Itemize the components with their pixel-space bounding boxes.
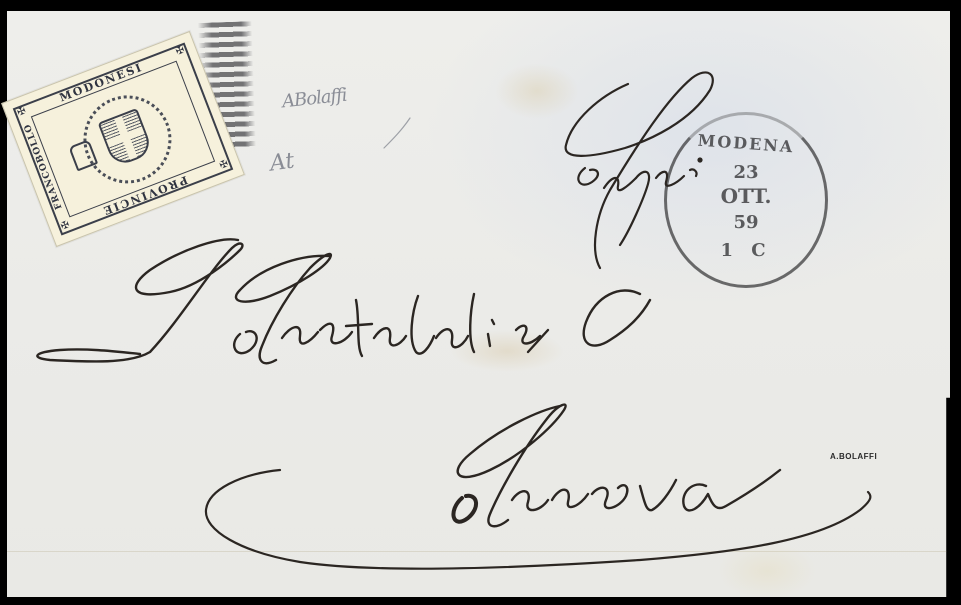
handwriting-strokes [0, 0, 961, 605]
handwriting-city [206, 405, 870, 569]
expert-handstamp: A.BOLAFFI [830, 452, 877, 461]
pencil-strokes [384, 118, 410, 148]
handwriting-signori [566, 72, 713, 268]
handwriting-addressee [37, 239, 650, 363]
